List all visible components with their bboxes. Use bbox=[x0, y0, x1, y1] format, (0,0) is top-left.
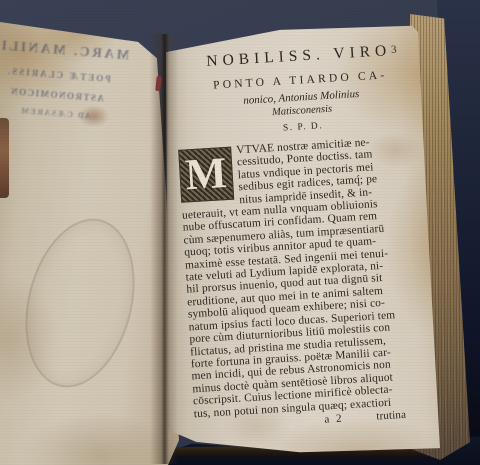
catchword: trutina bbox=[376, 409, 406, 423]
gutter-shadow bbox=[150, 34, 178, 464]
ghost-title-line: POETÆ CLARISS. bbox=[0, 65, 129, 86]
body-paragraph: M VTVAE nostræ amicitiæ ne- cessitudo, P… bbox=[178, 133, 447, 434]
binding-edge bbox=[0, 118, 9, 198]
show-through-title: MARC. MANILII POETÆ CLARISS. ASTRONOMICO… bbox=[0, 37, 131, 124]
ghost-title-line: MARC. MANILII bbox=[0, 37, 131, 64]
right-page-printed: 3 NOBILISS. VIRO PONTO A TIARDO CA- noni… bbox=[156, 16, 442, 462]
book-photograph: MARC. MANILII POETÆ CLARISS. ASTRONOMICO… bbox=[0, 0, 480, 465]
woodcut-initial: M bbox=[178, 147, 234, 203]
page-text-block: 3 NOBILISS. VIRO PONTO A TIARDO CA- noni… bbox=[172, 31, 447, 434]
dedication-heading-line: NOBILISS. VIRO bbox=[173, 40, 426, 73]
embossed-stamp-ghost bbox=[9, 207, 152, 399]
ghost-title-line: ASTRONOMICON bbox=[0, 84, 127, 105]
signature-mark: a 2 bbox=[324, 412, 344, 426]
page-number: 3 bbox=[391, 44, 397, 56]
ghost-title-line: AD CÆSAREM bbox=[0, 103, 126, 123]
